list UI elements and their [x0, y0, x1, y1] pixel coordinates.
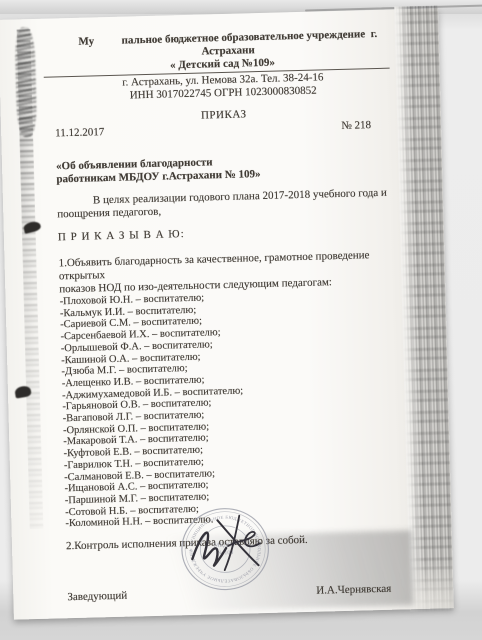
document-page: Му пальное бюджетное образовательное учр… [0, 8, 454, 619]
signatory-role: Заведующий [67, 590, 127, 605]
signatory-name: И.А.Чернявская [316, 583, 391, 598]
teachers-list: -Плоховой Ю.Н. – воспитателю;-Кальмук И.… [59, 288, 403, 531]
signature-scribble [183, 505, 285, 586]
document-date: 11.12.2017 [55, 126, 104, 140]
subject-block: «Об объявлении благодарности работникам … [56, 152, 395, 187]
scanned-document-scene: Му пальное бюджетное образовательное учр… [0, 0, 482, 640]
document-number: № 218 [341, 119, 371, 133]
order-word: П Р И К А З Ы В А Ю: [58, 223, 396, 245]
preamble: В целях реализации годового плана 2017-2… [57, 187, 396, 222]
